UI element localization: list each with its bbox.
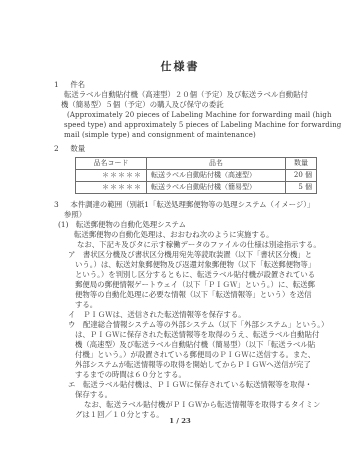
table-cell-code: ＊＊＊＊＊ <box>76 182 147 194</box>
item-label: ア <box>68 250 77 260</box>
text-line: mail (simple type) and consignment of ma… <box>64 130 360 140</box>
text-line: する。 <box>75 300 360 310</box>
text-line: 参照） <box>64 210 360 220</box>
text-line: 転送ラベル自動貼付機（高速型）２０個（予定）及び転送ラベル自動貼付 <box>64 90 360 100</box>
section3-label: 本件調達の範囲（別紙1「転送処理郵便物等の処理システム（イメージ）」 <box>70 200 314 209</box>
subsection1-number: (1) <box>58 220 68 229</box>
table-cell-qty: 5 個 <box>286 182 317 194</box>
table-header-cell: 品名 <box>147 158 286 170</box>
section1-label: 件名 <box>70 80 85 89</box>
list-item-e: エ転送ラベル貼付機は、ＰＩＧＷに保存されている転送情報等を取得・ <box>68 380 360 390</box>
list-item-i: イＰＩＧＷは、送信された転送情報等を保存する。 <box>68 310 360 320</box>
text-line: という。）を判別し区分するともに、転送ラベル貼付機が設置されている <box>75 270 360 280</box>
table-cell-qty: 20 個 <box>286 170 317 182</box>
table-cell-name: 転送ラベル自動貼付機（高速型） <box>147 170 286 182</box>
table-header-cell: 品名コード <box>76 158 147 170</box>
table-header-cell: 数量 <box>286 158 317 170</box>
text-line: するまでの時間は６０分とする。 <box>75 370 360 380</box>
quantity-table: 品名コード 品名 数量 ＊＊＊＊＊ 転送ラベル自動貼付機（高速型） 20 個 ＊… <box>75 157 317 194</box>
text-line: speed type) and approximately 5 pieces o… <box>64 120 360 130</box>
page-number: 1 / 23 <box>0 417 360 425</box>
text-line: (Approximately 20 pieces of Labeling Mac… <box>67 110 360 120</box>
text-line: は、ＰＩＧＷに保存された転送情報等を取得のうえ、転送ラベル自動貼付 <box>75 330 360 340</box>
section1-heading: 1 件名 <box>54 80 360 90</box>
text-line: 外部システムが転送情報等の取得を開始してからＰＩＧＷへ送信が完了 <box>75 360 360 370</box>
text-line: 郵便局の郵便情報ゲートウェイ（以下「ＰＩＧＷ」という。）に、転送郵 <box>75 280 360 290</box>
text-line: 付機」という。）が設置されている郵便局のＰＩＧＷに送信する。また、 <box>75 350 360 360</box>
list-item-a: ア書状区分機及び書状区分機用宛先等読取装置（以下「書状区分機」と <box>68 250 360 260</box>
text-line: なお、転送ラベル貼付機がＰＩＧＷから転送情報等を取得するタイミン <box>84 400 360 410</box>
text-line: 便物等の自動化処理に必要な情報（以下「転送情報等」という）を送信 <box>75 290 360 300</box>
item-label: ウ <box>68 320 77 330</box>
doc-title: 仕様書 <box>0 58 360 74</box>
item-text: 転送ラベル貼付機は、ＰＩＧＷに保存されている転送情報等を取得・ <box>83 380 312 389</box>
text-line: なお、下記キ及びタに示す稼働データのファイルの仕様は別途指示する。 <box>77 240 360 250</box>
item-text: ＰＩＧＷは、送信された転送情報等を保存する。 <box>83 310 246 319</box>
text-line: 保存する。 <box>75 390 360 400</box>
document-page: 仕様書 1 件名 転送ラベル自動貼付機（高速型）２０個（予定）及び転送ラベル自動… <box>0 0 360 466</box>
subsection1-heading: (1) 転送郵便物の自動化処理システム <box>58 220 360 230</box>
text-line: いう。）は、転送対象郵便物及び返還対象郵便物（以下「転送郵便物等」 <box>75 260 360 270</box>
text-line: 転送郵便物の自動化処理は、おおむね次のように実施する。 <box>74 230 360 240</box>
section3-number: 3 <box>54 200 60 210</box>
item-text: 書状区分機及び書状区分機用宛先等読取装置（以下「書状区分機」と <box>83 250 312 259</box>
text-line: 機（高速型）及び転送ラベル自動貼付機（簡易型）（以下「転送ラベル貼 <box>75 340 360 350</box>
item-label: イ <box>68 310 77 320</box>
table-cell-code: ＊＊＊＊＊ <box>76 170 147 182</box>
subsection1-title: 転送郵便物の自動化処理システム <box>76 220 186 229</box>
table-row: ＊＊＊＊＊ 転送ラベル自動貼付機（高速型） 20 個 <box>76 170 317 182</box>
table-row: ＊＊＊＊＊ 転送ラベル自動貼付機（簡易型） 5 個 <box>76 182 317 194</box>
section2-label: 数量 <box>70 144 85 153</box>
section2-heading: 2 数量 <box>54 144 360 154</box>
table-header-row: 品名コード 品名 数量 <box>76 158 317 170</box>
item-text: 配達総合情報システム等の外部システム（以下「外部システム」という。） <box>83 320 328 329</box>
section2-number: 2 <box>54 144 60 154</box>
text-line: 機（簡易型）５個（予定）の購入及び保守の委託 <box>61 100 360 110</box>
table-cell-name: 転送ラベル自動貼付機（簡易型） <box>147 182 286 194</box>
section1-number: 1 <box>54 80 60 90</box>
section3-heading: 3 本件調達の範囲（別紙1「転送処理郵便物等の処理システム（イメージ）」 <box>54 200 360 210</box>
list-item-u: ウ配達総合情報システム等の外部システム（以下「外部システム」という。） <box>68 320 360 330</box>
item-label: エ <box>68 380 77 390</box>
